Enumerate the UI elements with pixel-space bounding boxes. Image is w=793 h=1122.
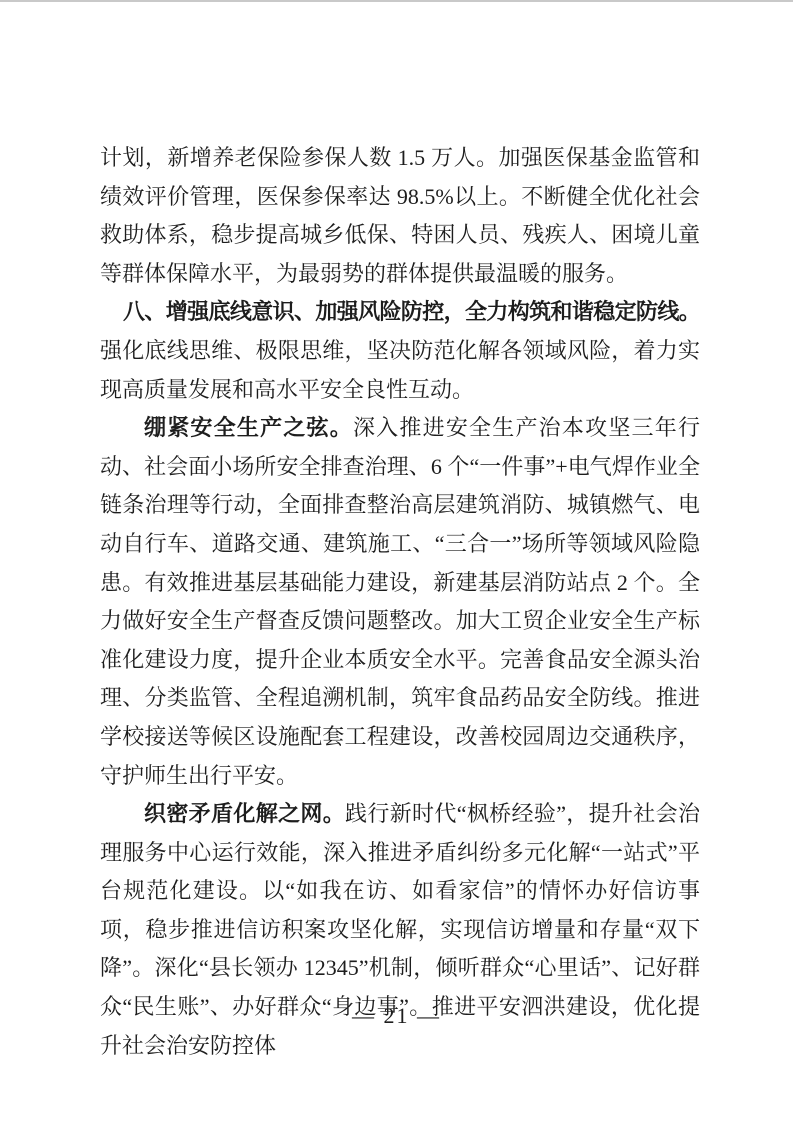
- safety-production-text: 深入推进安全生产治本攻坚三年行动、社会面小场所安全排查治理、6 个“一件事”+电…: [100, 415, 700, 787]
- paragraph-section-8: 八、增强底线意识、加强风险防控，全力构筑和谐稳定防线。强化底线思维、极限思维，坚…: [100, 293, 700, 409]
- page-number: — 21 —: [0, 1003, 793, 1029]
- document-page: 计划，新增养老保险参保人数 1.5 万人。加强医保基金监管和绩效评价管理，医保参…: [0, 0, 793, 1122]
- conflict-resolution-lead: 织密矛盾化解之网。: [144, 801, 345, 826]
- paragraph-social-security: 计划，新增养老保险参保人数 1.5 万人。加强医保基金监管和绩效评价管理，医保参…: [100, 139, 700, 293]
- section-8-heading: 八、增强底线意识、加强风险防控，全力构筑和谐稳定防线。: [123, 299, 700, 324]
- paragraph-safety-production: 绷紧安全生产之弦。深入推进安全生产治本攻坚三年行动、社会面小场所安全排查治理、6…: [100, 409, 700, 795]
- section-8-intro-text: 强化底线思维、极限思维，坚决防范化解各领域风险，着力实现高质量发展和高水平安全良…: [100, 338, 700, 402]
- document-body: 计划，新增养老保险参保人数 1.5 万人。加强医保基金监管和绩效评价管理，医保参…: [100, 139, 700, 1065]
- safety-production-lead: 绷紧安全生产之弦。: [144, 415, 353, 440]
- paragraph-social-security-text: 计划，新增养老保险参保人数 1.5 万人。加强医保基金监管和绩效评价管理，医保参…: [100, 145, 700, 286]
- top-scan-edge: [0, 0, 793, 2]
